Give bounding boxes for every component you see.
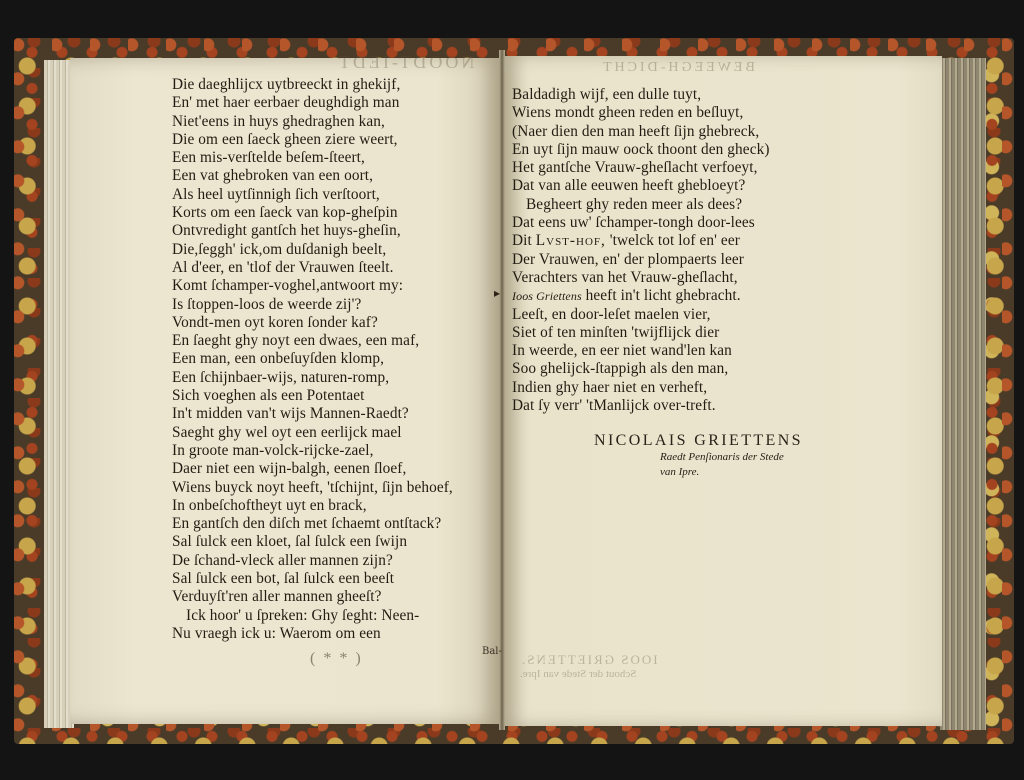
poem-line-author: Ioos Griettens heeft in't licht ghebrach… xyxy=(512,287,842,305)
right-page-text: Baldadigh wijf, een dulle tuyt, Wiens mo… xyxy=(512,86,842,415)
poem-line: In onbeſchoftheyt uyt en brack, xyxy=(172,497,502,515)
poem-line: En ſaeght ghy noyt een dwaes, een maf, xyxy=(172,332,502,350)
poem-line: Daer niet een wijn-balgh, eenen ſloef, xyxy=(172,460,502,478)
poem-line: Dat van alle eeuwen heeft ghebloeyt? xyxy=(512,177,842,195)
poem-line: Begheert ghy reden meer als dees? xyxy=(512,196,842,214)
poem-line: Indien ghy haer niet en verheft, xyxy=(512,379,842,397)
poem-line: De ſchand-vleck aller mannen zijn? xyxy=(172,552,502,570)
left-bleed-header: NOODT-IEDT xyxy=(336,52,474,73)
poem-line: Baldadigh wijf, een dulle tuyt, xyxy=(512,86,842,104)
poem-line: Korts om een ſaeck van kop-gheſpin xyxy=(172,204,502,222)
poem-line: Sich voeghen als een Potentaet xyxy=(172,387,502,405)
poem-line: Die,ſeggh' ick,om duſdanigh beelt, xyxy=(172,241,502,259)
poem-line: Wiens mondt gheen reden en beſluyt, xyxy=(512,104,842,122)
poem-line: En uyt ſijn mauw oock thoont den gheck) xyxy=(512,141,842,159)
poem-line: In weerde, en eer niet wand'len kan xyxy=(512,342,842,360)
poem-line: Saeght ghy wel oyt een eerlijck mael xyxy=(172,424,502,442)
line-prefix: Dit xyxy=(512,232,536,249)
poem-line: Al d'eer, en 'tlof der Vrauwen ſteelt. xyxy=(172,259,502,277)
author-name: Ioos Griettens xyxy=(512,289,582,303)
poem-line: Soo ghelijck-ſtappigh als den man, xyxy=(512,360,842,378)
margin-mark: ▸ xyxy=(494,286,500,300)
poem-line: Dat ſy verr' 'tManlijck over-treft. xyxy=(512,397,842,415)
poem-line: Een ſchijnbaer-wijs, naturen-romp, xyxy=(172,369,502,387)
poem-line: Komt ſchamper-voghel,antwoort my: xyxy=(172,277,502,295)
poem-line: Der Vrauwen, en' der plompaerts leer xyxy=(512,251,842,269)
lust-hof-title: Lvst-hof, xyxy=(536,232,606,249)
poem-line: Ick hoor' u ſpreken: Ghy ſeght: Neen- xyxy=(172,607,502,625)
poem-line: Een vat ghebroken van een oort, xyxy=(172,167,502,185)
right-page-edges xyxy=(940,58,986,730)
poem-line: In't midden van't wijs Mannen-Raedt? xyxy=(172,405,502,423)
signatory-name: NICOLAIS GRIETTENS xyxy=(594,432,803,450)
line-suffix: 'twelck tot lof en' eer xyxy=(606,232,740,249)
poem-line: Die om een ſaeck gheen ziere weert, xyxy=(172,131,502,149)
poem-line: (Naer dien den man heeft ſijn ghebreck, xyxy=(512,123,842,141)
signature-mark: ( * * ) xyxy=(310,650,363,668)
line-rest: heeft in't licht ghebracht. xyxy=(582,287,741,304)
poem-line: Sal ſulck een bot, ſal ſulck een beeſt xyxy=(172,570,502,588)
poem-line: Die daeghlijcx uytbreeckt in ghekijf, xyxy=(172,76,502,94)
poem-line: Wiens buyck noyt heeft, 'tſchijnt, ſijn … xyxy=(172,479,502,497)
poem-line: Ontvredight gantſch het huys-gheſin, xyxy=(172,222,502,240)
left-page-text: Die daeghlijcx uytbreeckt in ghekijf, En… xyxy=(172,76,502,643)
poem-line: Dat eens uw' ſchamper-tongh door-lees xyxy=(512,214,842,232)
signatory-block: NICOLAIS GRIETTENS Raedt Penſionaris der… xyxy=(594,432,803,480)
poem-line: Een mis-verſtelde beſem-ſteert, xyxy=(172,149,502,167)
poem-line: Siet of ten minſten 'twijflijck dier xyxy=(512,324,842,342)
poem-line: Verduyſt'ren aller mannen gheeſt? xyxy=(172,588,502,606)
poem-line: En' met haer eerbaer deughdigh man xyxy=(172,94,502,112)
poem-line-lust-hof: Dit Lvst-hof, 'twelck tot lof en' eer xyxy=(512,232,842,250)
poem-line: Niet'eens in huys ghedraghen kan, xyxy=(172,113,502,131)
poem-line: Is ſtoppen-loos de weerde zij'? xyxy=(172,296,502,314)
signatory-title-1: Raedt Penſionaris der Stede xyxy=(594,450,803,465)
catchword: Bal- xyxy=(482,646,502,657)
poem-line: In groote man-volck-rijcke-zael, xyxy=(172,442,502,460)
poem-line: Verachters van het Vrauw-gheſlacht, xyxy=(512,269,842,287)
poem-line: Vondt-men oyt koren ſonder kaf? xyxy=(172,314,502,332)
right-bleed-footer-1: IOOS GRIETTENS. xyxy=(520,652,658,668)
poem-line: Als heel uytſinnigh ſich verſtoort, xyxy=(172,186,502,204)
poem-line: Een man, een onbeſuyſden klomp, xyxy=(172,350,502,368)
poem-line: Leeſt, en door-leſet maelen vier, xyxy=(512,306,842,324)
right-bleed-header: BEWEEGH-DICHT xyxy=(600,60,755,76)
poem-line: Het gantſche Vrauw-gheſlacht verfoeyt, xyxy=(512,159,842,177)
right-bleed-footer-2: Schout der Stede van Ipre. xyxy=(520,668,636,680)
signatory-title-2: van Ipre. xyxy=(594,465,803,480)
poem-line: Sal ſulck een kloet, ſal ſulck een ſwijn xyxy=(172,533,502,551)
poem-line: Nu vraegh ick u: Waerom om een xyxy=(172,625,502,643)
poem-line: En gantſch den diſch met ſchaemt ontſtac… xyxy=(172,515,502,533)
